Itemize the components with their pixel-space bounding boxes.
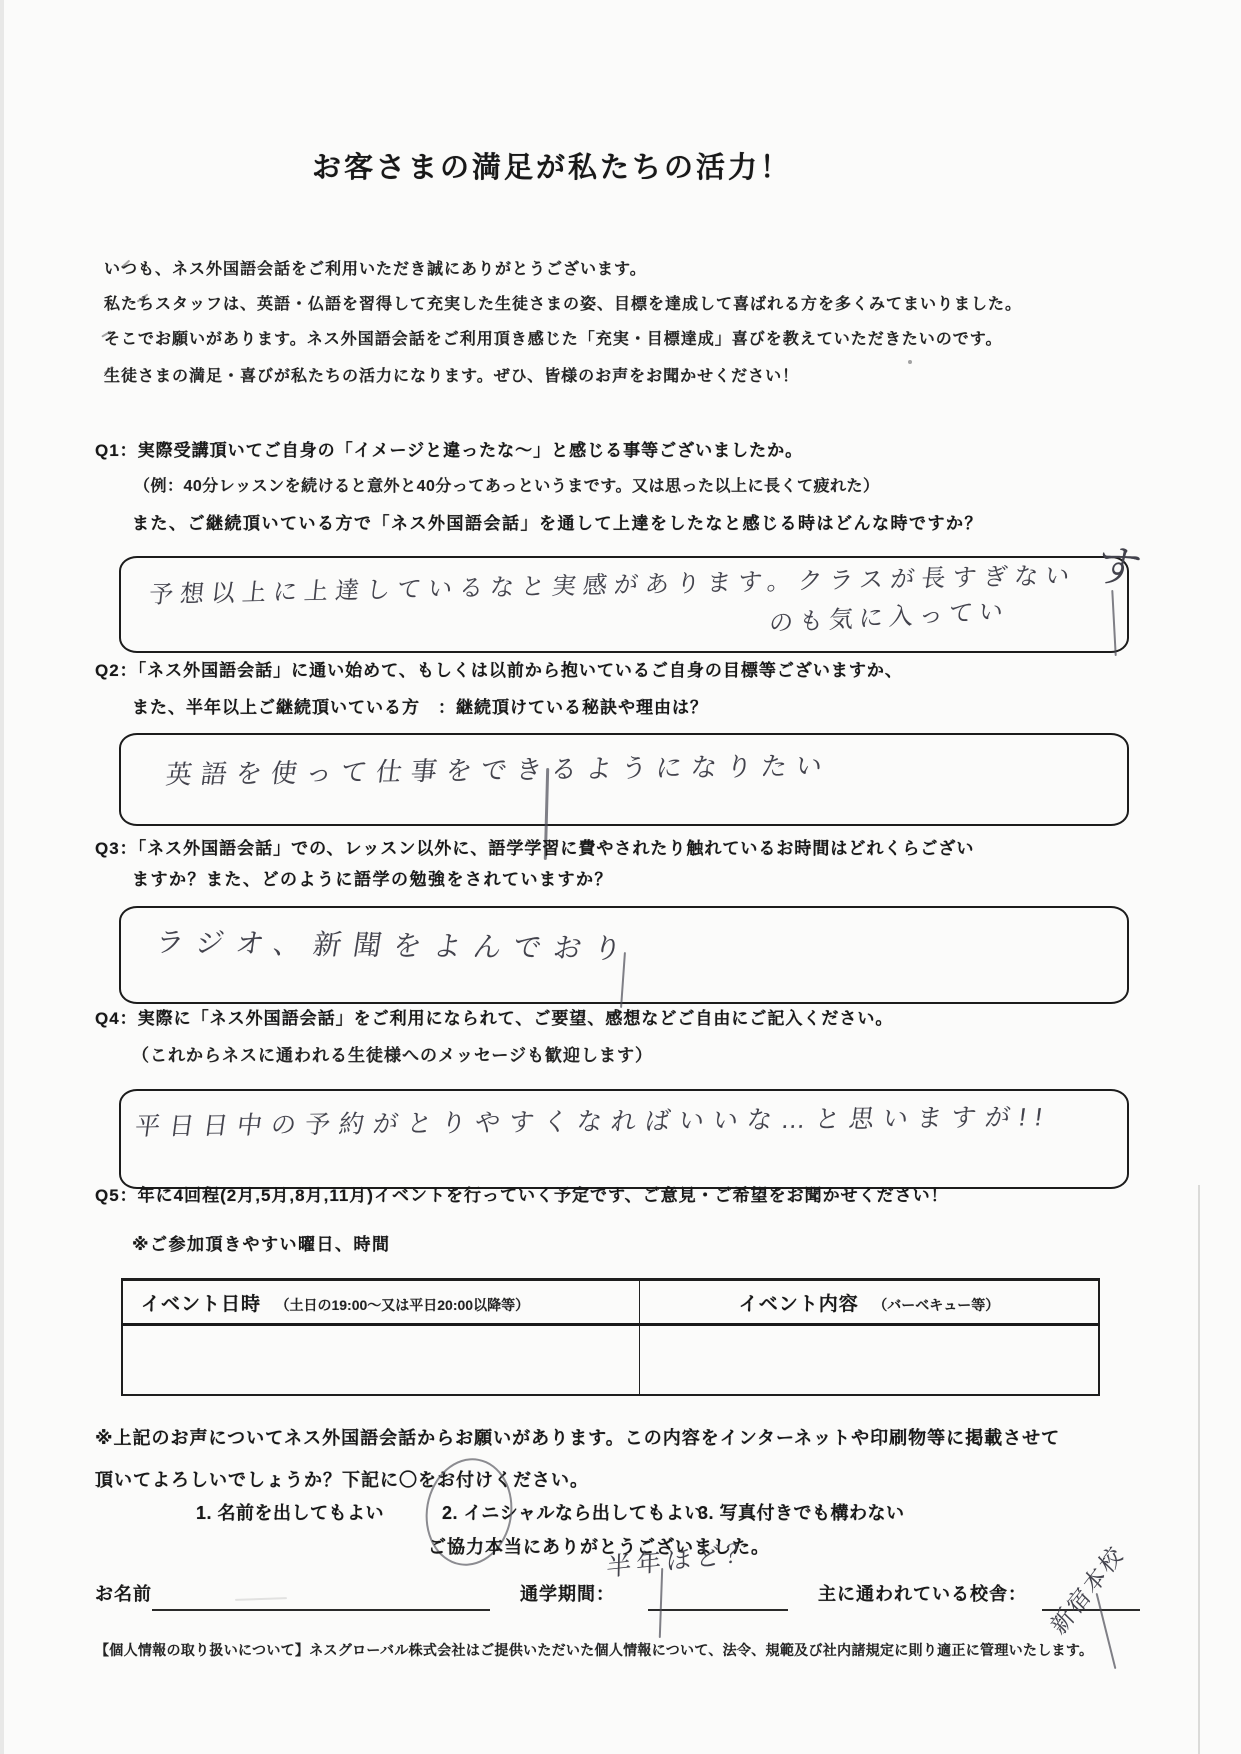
publish-option-1: 1. 名前を出してもよい (196, 1502, 384, 1525)
scan-line-right (1198, 1185, 1200, 1754)
period-field-label: 通学期間： (520, 1583, 615, 1606)
q4-question-line2: （これからネスに通われる生徒様へのメッセージも歓迎します） (132, 1045, 653, 1066)
q1-example-note: （例：40分レッスンを続けると意外と40分ってあっというまです。又は思った以上に… (134, 477, 880, 497)
q1-question-line: Q1：実際受講頂いてご自身の「イメージと違ったな～」と感じる事等ございましたか。 (95, 440, 803, 461)
intro-line-2: 私たちスタッフは、英語・仏語を習得して充実した生徒さまの姿、目標を達成して喜ばれ… (104, 295, 1022, 315)
q1-handwritten-overflow: す (1090, 538, 1147, 598)
q4-question-line: Q4：実際に「ネス外国語会話」をご利用になられて、ご要望、感想などご自由にご記入… (95, 1008, 893, 1029)
event-table-cell-content (640, 1325, 1100, 1395)
q3-handwritten-answer: ラジオ、新聞をよんでおり (153, 925, 636, 967)
q2-answer-box: 英語を使って仕事をできるようになりたい (119, 733, 1129, 826)
school-field-label: 主に通われている校舎： (818, 1583, 1027, 1606)
page-title: お客さまの満足が私たちの活力！ (312, 150, 792, 186)
q5-question-line2: ※ご参加頂きやすい曜日、時間 (132, 1234, 391, 1255)
intro-line-3: そこでお願いがあります。ネス外国語会話をご利用頂き感じた「充実・目標達成」喜びを… (104, 330, 1002, 350)
privacy-note: 【個人情報の取り扱いについて】ネスグローバル株式会社はご提供いただいた個人情報に… (95, 1642, 1093, 1660)
event-table-header-content: イベント内容 （バーベキュー等） (640, 1280, 1100, 1325)
event-datetime-note: （土日の19:00～又は平日20:00以降等） (275, 1297, 529, 1313)
event-datetime-title: イベント日時 (141, 1294, 261, 1315)
publish-request-line1: ※上記のお声についてネス外国語会話からお願いがあります。この内容をインターネット… (95, 1427, 1060, 1450)
name-field-label: お名前 (95, 1583, 152, 1606)
publish-option-3: 3. 写真付きでも構わない (698, 1502, 905, 1525)
event-content-title: イベント内容 (739, 1294, 859, 1315)
q1-question-line2: また、ご継続頂いている方で「ネス外国語会話」を通して上達をしたなと感じる時はどん… (132, 513, 983, 534)
q4-handwritten-answer: 平日日中の予約がとりやすくなればいいな…と思いますが!! (133, 1102, 1053, 1143)
q3-question-line2: ますか？また、どのように語学の勉強をされていますか？ (132, 869, 613, 890)
q2-question-line2: また、半年以上ご継続頂いている方 ：継続頂けている秘訣や理由は？ (132, 697, 708, 718)
q1-answer-box: 予想以上に上達しているなと実感があります。クラスが長すぎない のも気に入ってい (119, 556, 1129, 653)
event-content-note: （バーベキュー等） (873, 1297, 999, 1313)
scan-edge-left (0, 0, 4, 1754)
q1-handwritten-answer-line2: のも気に入ってい (768, 597, 1010, 640)
event-table-header-datetime: イベント日時 （土日の19:00～又は平日20:00以降等） (122, 1280, 640, 1325)
intro-line-1: いつも、ネス外国語会話をご利用いただき誠にありがとうございます。 (104, 260, 647, 280)
period-field-underline (648, 1583, 788, 1611)
q4-answer-box: 平日日中の予約がとりやすくなればいいな…と思いますが!! (119, 1089, 1129, 1189)
q3-question-line: Q3：「ネス外国語会話」での、レッスン以外に、語学学習に費やされたり触れているお… (95, 838, 974, 859)
event-table-cell-datetime (122, 1325, 640, 1395)
name-field-underline (152, 1583, 490, 1611)
event-table: イベント日時 （土日の19:00～又は平日20:00以降等） イベント内容 （バ… (121, 1278, 1100, 1396)
q5-question-line: Q5：年に4回程(2月,5月,8月,11月)イベントを行っていく予定です、ご意見… (95, 1185, 949, 1206)
scan-dot (908, 360, 912, 364)
intro-line-4: 生徒さまの満足・喜びが私たちの活力になります。ぜひ、皆様のお声をお聞かせください… (104, 367, 799, 387)
scanned-survey-page: お客さまの満足が私たちの活力！ いつも、ネス外国語会話をご利用いただき誠にありが… (0, 0, 1241, 1754)
q2-handwritten-answer: 英語を使って仕事をできるようになりたい (164, 749, 833, 791)
publish-request-line2: 頂いてよろしいでしょうか？下記に〇をお付けください。 (95, 1469, 589, 1492)
q2-question-line: Q2：「ネス外国語会話」に通い始めて、もしくは以前から抱いているご自身の目標等ご… (95, 660, 903, 681)
